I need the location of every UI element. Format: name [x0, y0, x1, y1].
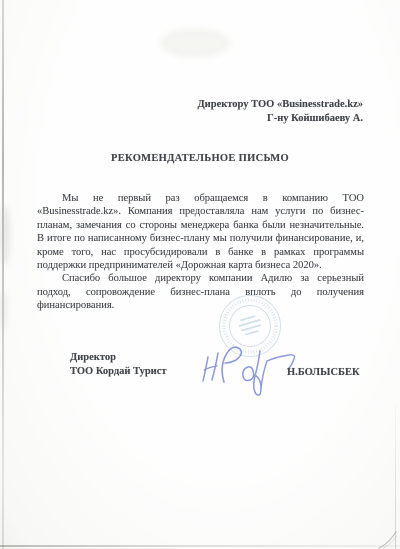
signer-name: Н.БОЛЫСБЕК: [287, 367, 360, 378]
signer-role-block: Директор ТОО Кордай Турист: [70, 351, 167, 378]
letter-title: РЕКОМЕНДАТЕЛЬНОЕ ПИСЬМО: [0, 153, 400, 164]
scan-smudge: [0, 290, 7, 330]
page-curl-mark: [377, 527, 400, 549]
recipient-line-1: Директору ТОО «Businesstrade.kz»: [197, 98, 363, 112]
scan-smudge: [160, 28, 230, 58]
recipient-line-2: Г-ну Койшибаеву А.: [197, 112, 363, 126]
scanned-letter-page: Директору ТОО «Businesstrade.kz» Г-ну Ко…: [0, 0, 400, 549]
signer-role-line-2: ТОО Кордай Турист: [70, 365, 167, 379]
paper-bottom-edge: [0, 545, 400, 547]
body-paragraph-2: Спасибо большое директору компании Адилю…: [37, 272, 364, 312]
body-paragraph-1: Мы не первый раз обращаемся в компанию Т…: [37, 192, 364, 272]
signer-role-line-1: Директор: [70, 351, 167, 365]
letter-body: Мы не первый раз обращаемся в компанию Т…: [37, 192, 364, 313]
paper-left-edge: [2, 0, 4, 549]
recipient-block: Директору ТОО «Businesstrade.kz» Г-ну Ко…: [197, 98, 363, 126]
scan-smudge: [1, 205, 10, 265]
